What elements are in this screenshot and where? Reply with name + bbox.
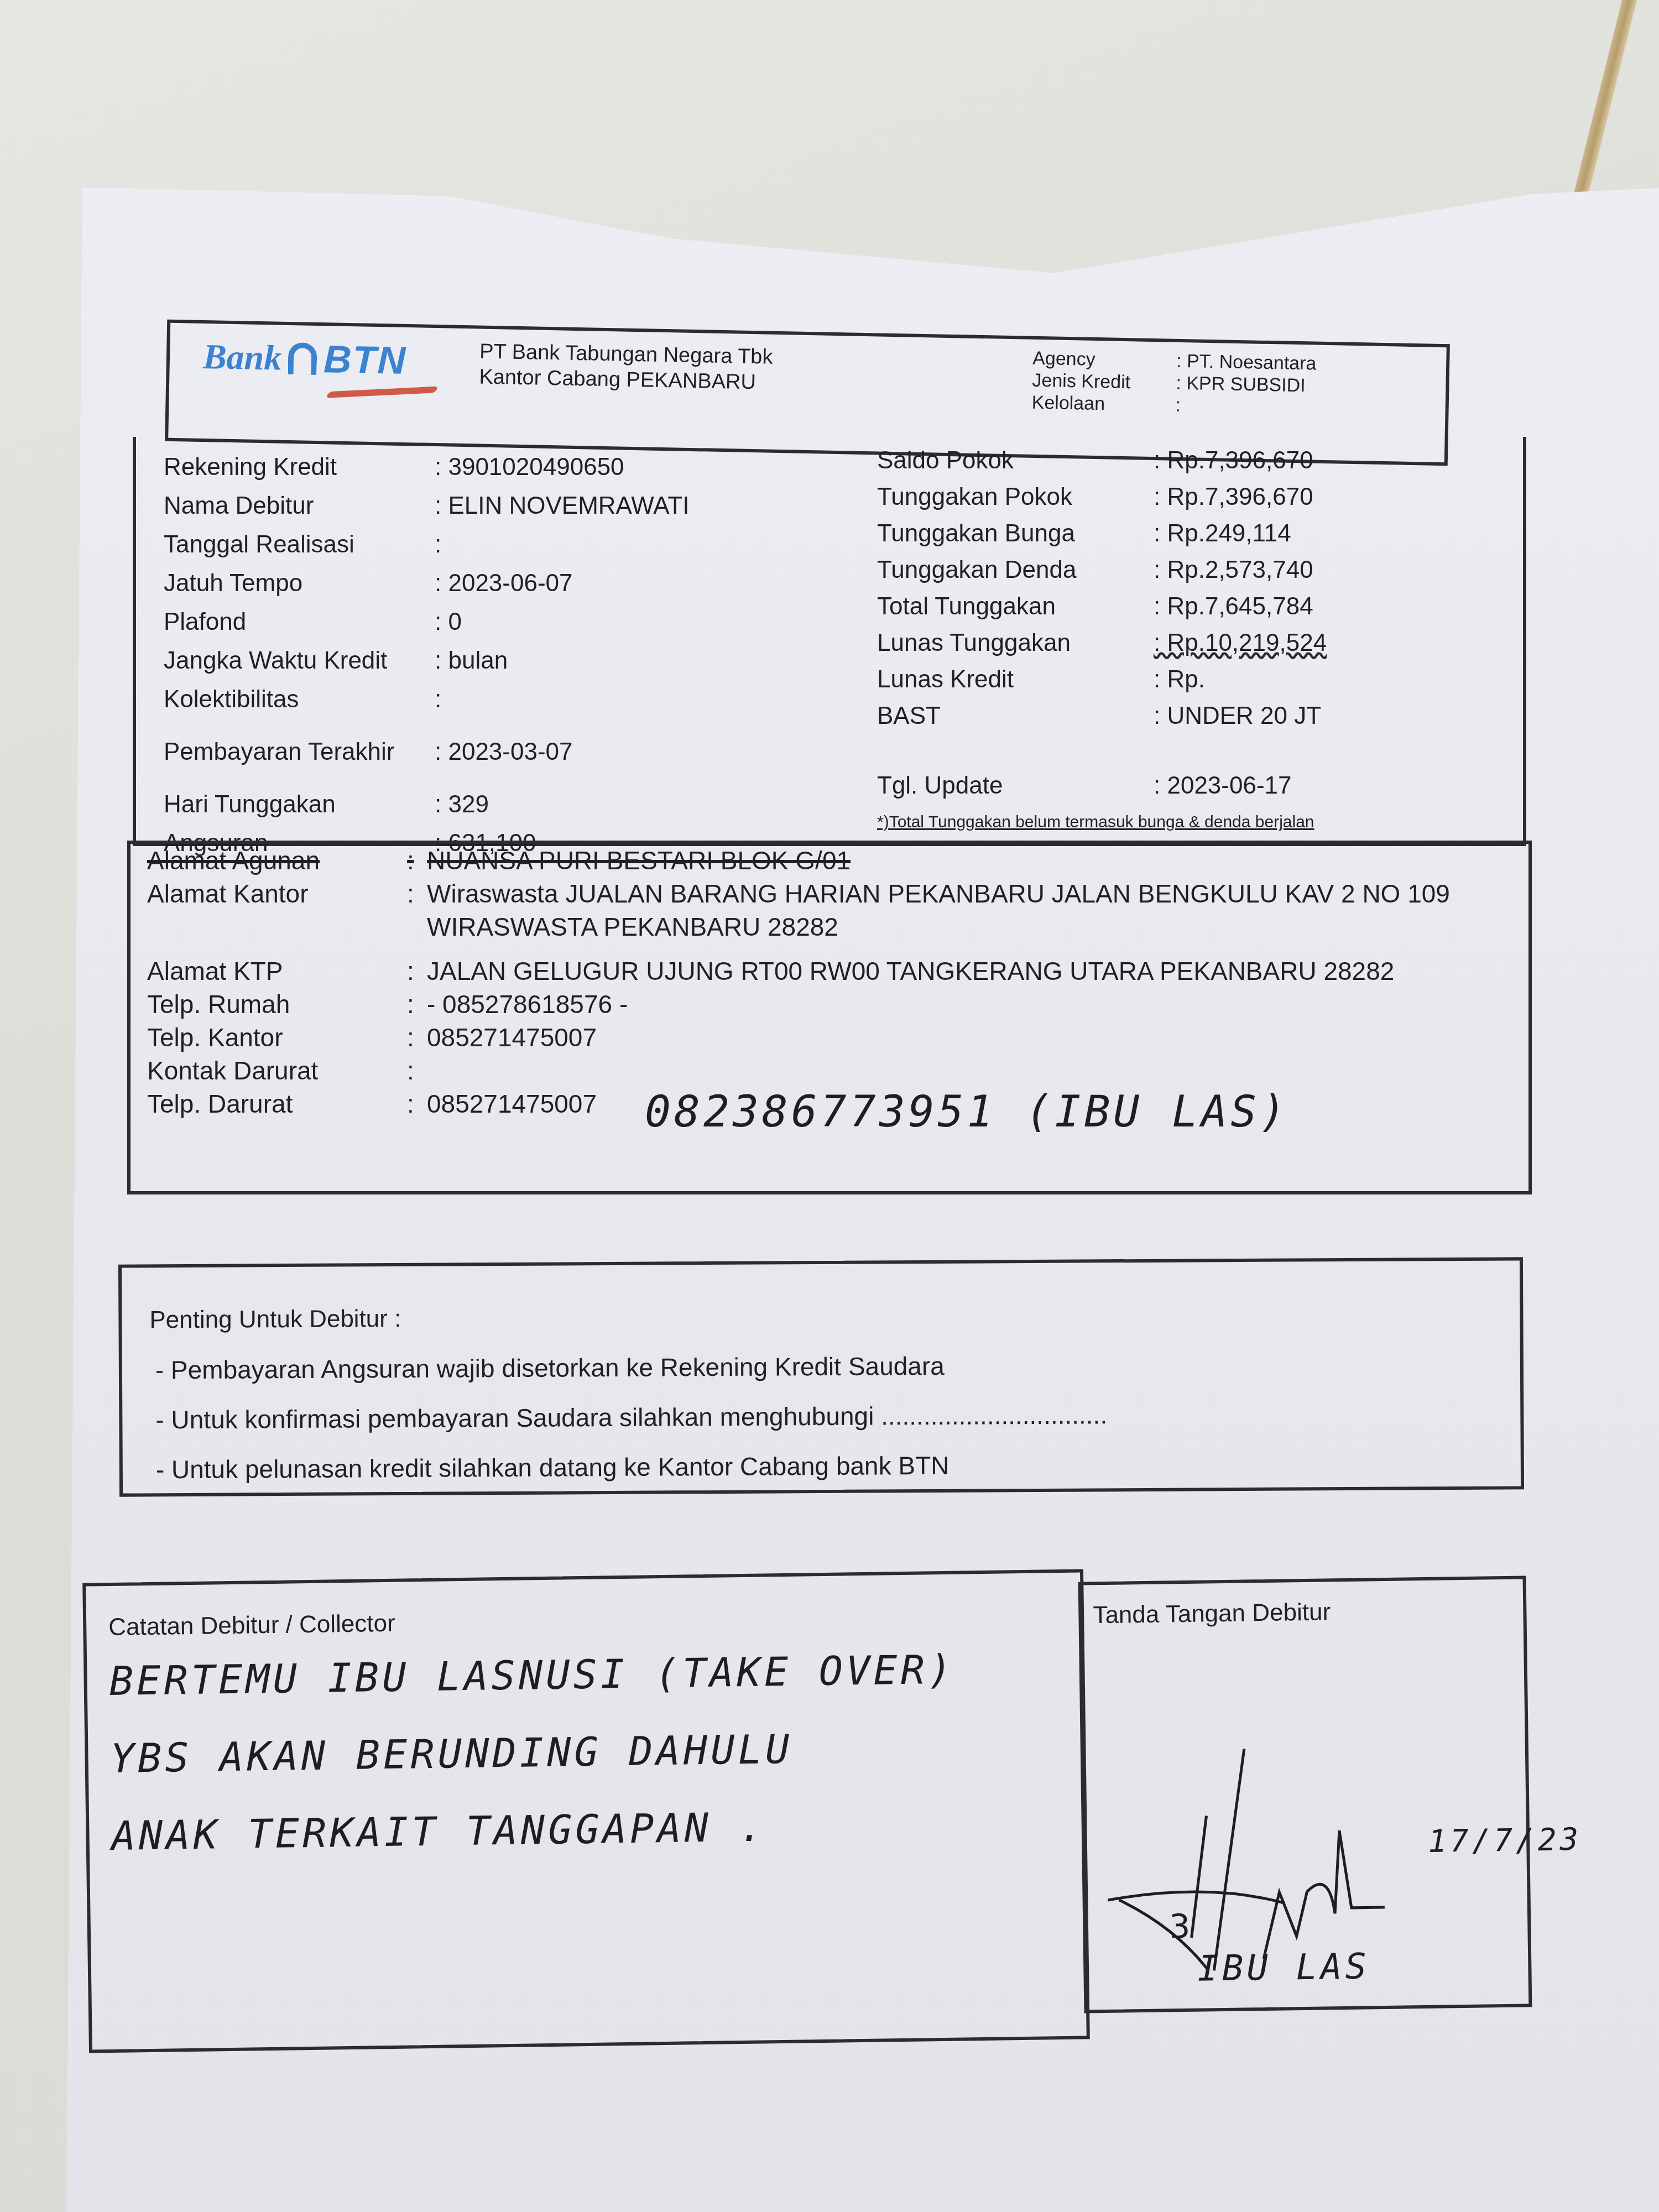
meta-label: Kelolaan <box>1031 392 1176 416</box>
address-row: Alamat KTP:JALAN GELUGUR UJUNG RT00 RW00… <box>147 954 1478 988</box>
signature-date: 17/7/23 <box>1428 1822 1582 1860</box>
info-row: Plafond: 0 <box>164 603 689 641</box>
field-value: : Rp. <box>1154 666 1205 693</box>
field-value: : Rp.2,573,740 <box>1154 556 1313 584</box>
field-label: Jatuh Tempo <box>164 570 435 597</box>
field-label: Lunas Tunggakan <box>877 629 1154 657</box>
field-value: Wiraswasta JUALAN BARANG HARIAN PEKANBAR… <box>427 877 1478 943</box>
meta-value: : PT. Noesantara <box>1176 350 1317 375</box>
collector-notes: Catatan Debitur / Collector BERTEMU IBU … <box>82 1569 1090 2053</box>
meta-value: : KPR SUBSIDI <box>1176 372 1306 397</box>
info-row: Tunggakan Denda: Rp.2,573,740 <box>877 552 1327 588</box>
field-value: : 3901020490650 <box>435 453 624 481</box>
notice-item: - Untuk konfirmasi pembayaran Saudara si… <box>155 1390 1107 1444</box>
info-row: Nama Debitur: ELIN NOVEMRAWATI <box>164 487 689 525</box>
notice-list: - Pembayaran Angsuran wajib disetorkan k… <box>155 1340 1108 1494</box>
field-value: : 329 <box>435 791 489 818</box>
field-label: Plafond <box>164 608 435 636</box>
field-value: : 2023-03-07 <box>435 738 573 766</box>
notice-item: - Untuk pelunasan kredit silahkan datang… <box>156 1439 1108 1494</box>
field-value: NUANSA PURI BESTARI BLOK G/01 <box>427 844 851 877</box>
handwritten-note-line: YBS AKAN BERUNDING DAHULU <box>110 1726 793 1782</box>
handwritten-contact: 082386773951 (IBU LAS) <box>645 1087 1289 1137</box>
field-label: Rekening Kredit <box>164 453 435 481</box>
info-row: Total Tunggakan: Rp.7,645,784 <box>877 588 1327 625</box>
field-label: Kontak Darurat <box>147 1054 407 1087</box>
account-right-column: Saldo Pokok: Rp.7,396,670 Tunggakan Poko… <box>877 442 1327 804</box>
debtor-signature-box: Tanda Tangan Debitur 3 17/7/23 IBU LAS <box>1078 1575 1532 2013</box>
field-value: : ELIN NOVEMRAWATI <box>435 492 689 520</box>
field-label: Alamat Agunan <box>147 844 407 877</box>
info-row: Tgl. Update: 2023-06-17 <box>877 768 1327 804</box>
field-value: : 2023-06-17 <box>1154 772 1292 800</box>
account-left-column: Rekening Kredit: 3901020490650 Nama Debi… <box>164 448 689 863</box>
field-label: Pembayaran Terakhir <box>164 738 435 766</box>
field-label: Telp. Darurat <box>147 1087 407 1120</box>
field-label: Alamat Kantor <box>147 877 407 943</box>
field-label: Hari Tunggakan <box>164 791 435 818</box>
info-row: Saldo Pokok: Rp.7,396,670 <box>877 442 1327 479</box>
field-label: Nama Debitur <box>164 492 435 520</box>
field-value: : Rp.249,114 <box>1154 520 1291 547</box>
field-label: Total Tunggakan <box>877 593 1154 620</box>
bank-logo: Bank BTN <box>202 335 407 383</box>
signature-scribble-icon: 3 <box>1094 1724 1407 1978</box>
field-label: Tunggakan Denda <box>877 556 1154 584</box>
info-row: Pembayaran Terakhir: 2023-03-07 <box>164 719 689 785</box>
info-row: Hari Tunggakan: 329 <box>164 785 689 824</box>
svg-text:3: 3 <box>1169 1907 1191 1947</box>
field-value: : Rp.7,645,784 <box>1154 593 1313 620</box>
info-row: Jatuh Tempo: 2023-06-07 <box>164 564 689 603</box>
field-value: : Rp.7,396,670 <box>1154 447 1313 474</box>
logo-stripe <box>326 387 439 398</box>
field-label: Tgl. Update <box>877 772 1154 800</box>
meta-value: : <box>1175 394 1181 416</box>
handwritten-note-line: BERTEMU IBU LASNUSI (TAKE OVER) <box>109 1646 956 1704</box>
signature-name: IBU LAS <box>1197 1946 1370 1989</box>
address-row: Alamat Kantor:Wiraswasta JUALAN BARANG H… <box>147 877 1478 943</box>
info-row: BAST: UNDER 20 JT <box>877 698 1327 734</box>
address-row: Telp. Rumah: - 085278618576 - <box>147 988 1478 1021</box>
field-value: : Rp.10,219,524 <box>1154 629 1327 657</box>
meta-label: Agency <box>1032 347 1177 372</box>
info-row: Jangka Waktu Kredit: bulan <box>164 641 689 680</box>
field-label: Telp. Kantor <box>147 1021 407 1054</box>
handwritten-note-line: ANAK TERKAIT TANGGAPAN . <box>111 1803 766 1859</box>
info-row: Lunas Kredit: Rp. <box>877 661 1327 698</box>
info-row: Rekening Kredit: 3901020490650 <box>164 448 689 487</box>
field-value: : 2023-06-07 <box>435 570 573 597</box>
account-info: Rekening Kredit: 3901020490650 Nama Debi… <box>133 437 1526 846</box>
bank-name: PT Bank Tabungan Negara Tbk Kantor Caban… <box>479 339 773 395</box>
contact-info: Alamat Agunan:NUANSA PURI BESTARI BLOK G… <box>127 841 1532 1194</box>
important-notice: Penting Untuk Debitur : - Pembayaran Ang… <box>118 1257 1524 1496</box>
field-label: Saldo Pokok <box>877 447 1154 474</box>
house-logo-icon <box>288 342 317 375</box>
info-row: Tunggakan Pokok: Rp.7,396,670 <box>877 479 1327 515</box>
field-label: Kolektibilitas <box>164 686 435 713</box>
logo-bank-word: Bank <box>202 336 282 379</box>
field-value: : bulan <box>435 647 508 675</box>
field-value: 085271475007 <box>427 1021 597 1054</box>
field-label: Telp. Rumah <box>147 988 407 1021</box>
signature-label: Tanda Tangan Debitur <box>1093 1598 1331 1629</box>
field-value: : 0 <box>435 608 462 636</box>
footnote: *)Total Tunggakan belum termasuk bunga &… <box>877 813 1314 832</box>
branch-name: Kantor Cabang PEKANBARU <box>479 364 773 395</box>
notice-item: - Pembayaran Angsuran wajib disetorkan k… <box>155 1340 1107 1395</box>
field-value: : Rp.7,396,670 <box>1154 483 1313 511</box>
field-label: Tunggakan Pokok <box>877 483 1154 511</box>
address-row: Telp. Kantor:085271475007 <box>147 1021 1478 1054</box>
address-row-struck: Alamat Agunan:NUANSA PURI BESTARI BLOK G… <box>147 844 1478 877</box>
field-label: Tanggal Realisasi <box>164 531 435 559</box>
field-label: Alamat KTP <box>147 954 407 988</box>
field-label: BAST <box>877 702 1154 730</box>
info-row: Lunas Tunggakan: Rp.10,219,524 <box>877 625 1327 661</box>
notes-label: Catatan Debitur / Collector <box>108 1610 395 1641</box>
meta-label: Jenis Kredit <box>1032 369 1176 394</box>
field-value: - 085278618576 - <box>427 988 628 1021</box>
info-row: Tunggakan Bunga: Rp.249,114 <box>877 515 1327 552</box>
field-value: JALAN GELUGUR UJUNG RT00 RW00 TANGKERANG… <box>427 954 1478 988</box>
account-meta: Agency: PT. Noesantara Jenis Kredit: KPR… <box>1031 347 1316 419</box>
field-label: Tunggakan Bunga <box>877 520 1154 547</box>
field-label: Jangka Waktu Kredit <box>164 647 435 675</box>
info-row: Tanggal Realisasi: <box>164 525 689 564</box>
address-row: Kontak Darurat: <box>147 1054 1478 1087</box>
logo-brand: BTN <box>324 337 407 383</box>
info-row: Kolektibilitas: <box>164 680 689 719</box>
field-value: : <box>435 531 441 559</box>
field-value: : UNDER 20 JT <box>1154 702 1321 730</box>
notice-title: Penting Untuk Debitur : <box>149 1305 401 1334</box>
field-value: : <box>435 686 441 713</box>
field-label: Lunas Kredit <box>877 666 1154 693</box>
field-value: 085271475007 <box>427 1087 597 1120</box>
